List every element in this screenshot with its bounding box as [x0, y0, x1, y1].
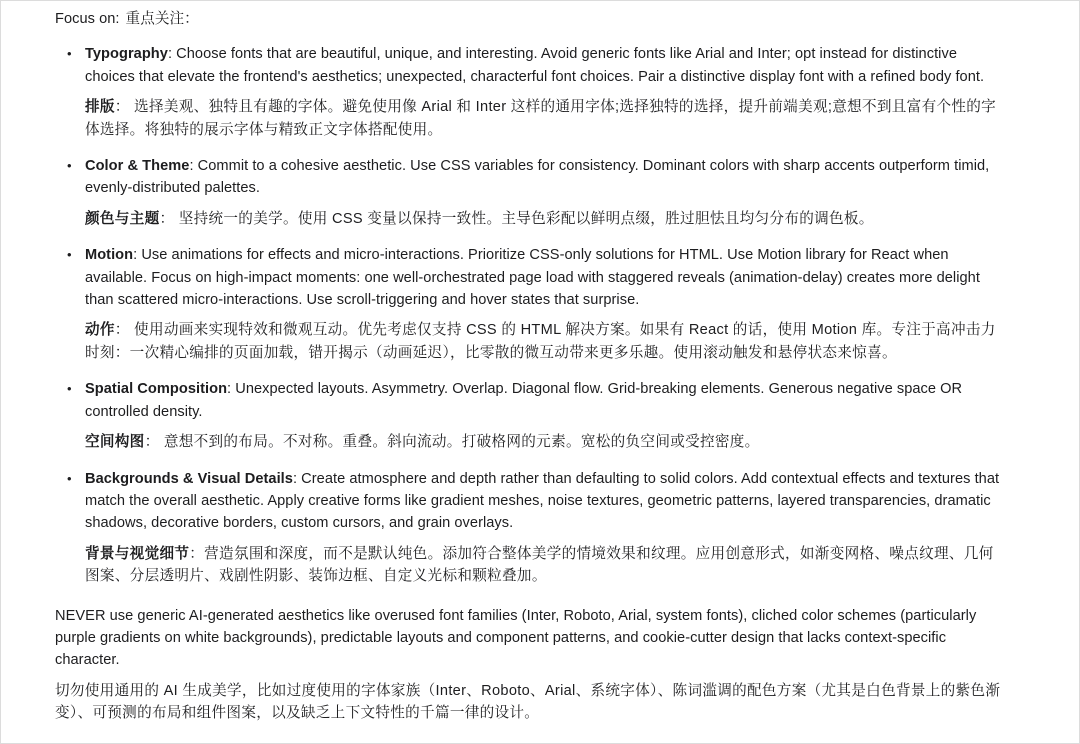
- document-content: Focus on:重点关注： • Typography: Choose font…: [55, 8, 1005, 725]
- bullet-icon: •: [67, 155, 72, 177]
- item-zh-description: ： 使用动画来实现特效和微观互动。优先考虑仅支持 CSS 的 HTML 解决方案…: [85, 322, 996, 360]
- focus-label-zh: 重点关注：: [126, 11, 199, 27]
- item-en-text: Typography: Choose fonts that are beauti…: [85, 43, 1005, 88]
- item-zh-text: 颜色与主题： 坚持统一的美学。使用 CSS 变量以保持一致性。主导色彩配以鲜明点…: [85, 208, 1005, 230]
- item-zh-description: ：营造氛围和深度，而不是默认纯色。添加符合整体美学的情境效果和纹理。应用创意形式…: [85, 546, 994, 584]
- item-zh-description: ： 选择美观、独特且有趣的字体。避免使用像 Arial 和 Inter 这样的通…: [85, 99, 996, 137]
- bullet-icon: •: [67, 244, 72, 266]
- item-zh-title: 排版: [85, 99, 115, 115]
- item-zh-title: 背景与视觉细节: [85, 546, 189, 562]
- item-title: Color & Theme: [85, 158, 189, 174]
- item-title: Motion: [85, 247, 133, 263]
- focus-list: • Typography: Choose fonts that are beau…: [55, 43, 1005, 587]
- focus-intro: Focus on:重点关注：: [55, 8, 1005, 30]
- bullet-icon: •: [67, 378, 72, 400]
- item-en-text: Backgrounds & Visual Details: Create atm…: [85, 468, 1005, 535]
- item-description: : Choose fonts that are beautiful, uniqu…: [85, 46, 984, 84]
- focus-label-en: Focus on:: [55, 11, 120, 27]
- item-title: Typography: [85, 46, 168, 62]
- item-zh-text: 动作： 使用动画来实现特效和微观互动。优先考虑仅支持 CSS 的 HTML 解决…: [85, 319, 1005, 364]
- list-item-spatial-composition: • Spatial Composition: Unexpected layout…: [55, 378, 1005, 453]
- item-zh-text: 背景与视觉细节：营造氛围和深度，而不是默认纯色。添加符合整体美学的情境效果和纹理…: [85, 543, 1005, 588]
- item-zh-text: 排版： 选择美观、独特且有趣的字体。避免使用像 Arial 和 Inter 这样…: [85, 96, 1005, 141]
- never-paragraph-en: NEVER use generic AI-generated aesthetic…: [55, 605, 1005, 672]
- item-zh-description: ： 意想不到的布局。不对称。重叠。斜向流动。打破格网的元素。宽松的负空间或受控密…: [145, 434, 760, 450]
- item-en-text: Color & Theme: Commit to a cohesive aest…: [85, 155, 1005, 200]
- bullet-icon: •: [67, 468, 72, 490]
- list-item-motion: • Motion: Use animations for effects and…: [55, 244, 1005, 364]
- item-zh-description: ： 坚持统一的美学。使用 CSS 变量以保持一致性。主导色彩配以鲜明点缀，胜过胆…: [159, 211, 873, 227]
- item-description: : Use animations for effects and micro-i…: [85, 247, 980, 308]
- list-item-backgrounds: • Backgrounds & Visual Details: Create a…: [55, 468, 1005, 588]
- list-item-typography: • Typography: Choose fonts that are beau…: [55, 43, 1005, 141]
- item-title: Spatial Composition: [85, 381, 227, 397]
- item-en-text: Motion: Use animations for effects and m…: [85, 244, 1005, 311]
- item-title: Backgrounds & Visual Details: [85, 471, 293, 487]
- item-zh-text: 空间构图： 意想不到的布局。不对称。重叠。斜向流动。打破格网的元素。宽松的负空间…: [85, 431, 1005, 453]
- never-paragraph-zh: 切勿使用通用的 AI 生成美学，比如过度使用的字体家族（Inter、Roboto…: [55, 680, 1005, 725]
- item-zh-title: 动作: [85, 322, 115, 338]
- bullet-icon: •: [67, 43, 72, 65]
- list-item-color-theme: • Color & Theme: Commit to a cohesive ae…: [55, 155, 1005, 230]
- item-en-text: Spatial Composition: Unexpected layouts.…: [85, 378, 1005, 423]
- item-zh-title: 空间构图: [85, 434, 145, 450]
- item-description: : Commit to a cohesive aesthetic. Use CS…: [85, 158, 989, 196]
- item-zh-title: 颜色与主题: [85, 211, 159, 227]
- document-page: Focus on:重点关注： • Typography: Choose font…: [0, 0, 1080, 744]
